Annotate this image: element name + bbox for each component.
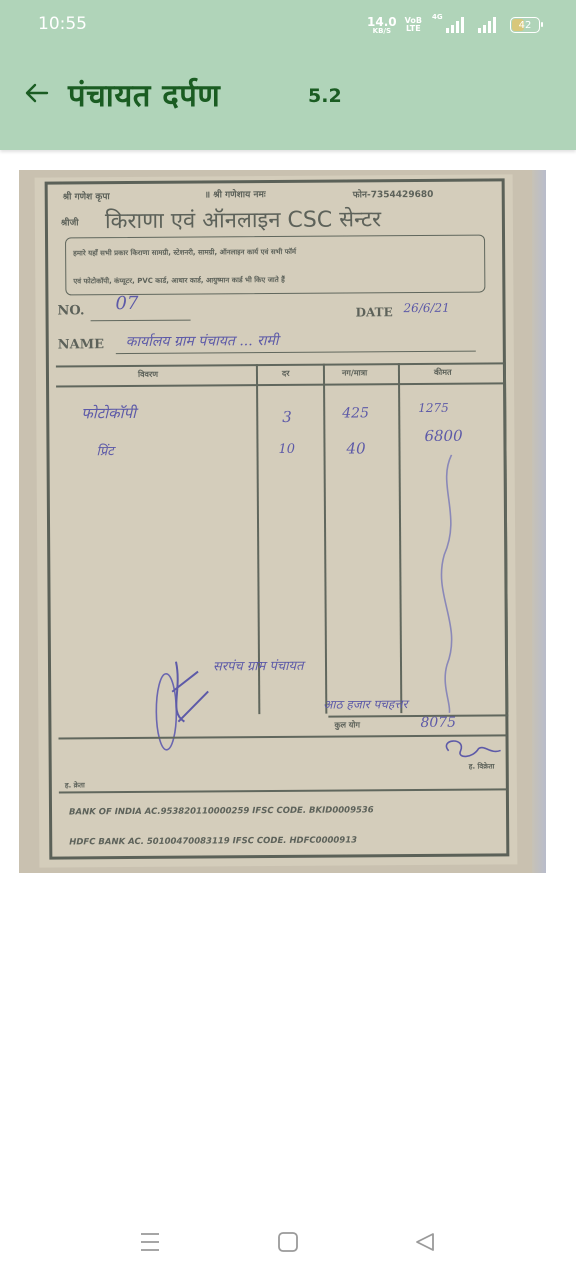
total-value: 8075 — [420, 715, 456, 731]
receipt-name-value: कार्यालय ग्राम पंचायत ... रामी — [126, 331, 279, 351]
status-icons: 14.0 KB/S VoB LTE 4G 42 — [367, 14, 540, 36]
row2-item: प्रिंट — [96, 441, 113, 459]
row1-rate: 425 — [342, 405, 369, 421]
col-header-description: विवरण — [138, 369, 158, 380]
stamp-signature — [148, 651, 219, 761]
total-label: कुल योग — [334, 719, 360, 730]
volte-bottom: LTE — [406, 25, 421, 33]
battery-icon: 42 — [510, 17, 540, 33]
seller-sign-label: ह. विक्रेता — [469, 762, 495, 771]
triangle-back-icon — [414, 1231, 436, 1253]
row1-amount: 1275 — [418, 401, 449, 415]
receipt-no-value: 07 — [115, 293, 138, 314]
row1-qty: 3 — [282, 408, 292, 426]
col-header-qty: दर — [282, 368, 290, 379]
buyer-sign-label: ह. क्रेता — [65, 781, 85, 790]
system-nav-bar — [0, 1210, 576, 1270]
signal-4g-icon: 4G — [434, 17, 464, 33]
bank-line-1: BANK OF INDIA AC.953820110000259 IFSC CO… — [69, 805, 374, 817]
home-button[interactable] — [268, 1224, 308, 1260]
app-version: 5.2 — [308, 85, 342, 107]
receipt-services-2: एवं फोटोकॉपी, कंप्यूटर, PVC कार्ड, आधार … — [73, 276, 285, 286]
app-title: पंचायत दर्पण — [68, 74, 220, 116]
network-speed-value: 14.0 — [367, 16, 397, 28]
row2-amount: 6800 — [424, 427, 462, 445]
receipt-image: श्री गणेश कृपा ॥ श्री गणेशाय नमः फोन-735… — [19, 170, 546, 873]
photo-edge — [532, 170, 546, 873]
receipt-date-label: DATE — [355, 305, 392, 319]
receipt-paper: श्री गणेश कृपा ॥ श्री गणेशाय नमः फोन-735… — [35, 174, 518, 867]
receipt-no-label: NO. — [57, 303, 84, 318]
system-back-button[interactable] — [405, 1224, 445, 1260]
row2-qty: 10 — [278, 442, 295, 457]
menu-lines-icon — [139, 1231, 161, 1253]
col-header-amount: कीमत — [434, 367, 452, 378]
network-speed: 14.0 KB/S — [367, 16, 397, 35]
receipt-services-1: हमारे यहाँ सभी प्रकार किराणा सामग्री, स्… — [73, 248, 296, 259]
bank-line-2: HDFC BANK AC. 50100470083119 IFSC CODE. … — [69, 835, 357, 847]
row1-item: फोटोकॉपी — [81, 403, 136, 423]
amount-in-words: आठ हजार पचहत्तर — [323, 695, 407, 713]
back-button[interactable] — [22, 78, 52, 108]
stamp-text: सरपंच ग्राम पंचायत — [213, 656, 304, 675]
recents-button[interactable] — [130, 1224, 170, 1260]
battery-level: 42 — [519, 20, 532, 31]
receipt-shop-name: किराणा एवं ऑनलाइन CSC सेन्टर — [105, 203, 381, 235]
arrow-left-icon — [25, 83, 49, 103]
receipt-header-left: श्री गणेश कृपा — [63, 189, 110, 202]
receipt-date-value: 26/6/21 — [403, 301, 449, 315]
signal-sim2-icon — [478, 17, 496, 33]
network-type: 4G — [432, 13, 443, 21]
receipt-name-label: NAME — [58, 337, 104, 352]
square-home-icon — [277, 1231, 299, 1253]
status-time: 10:55 — [38, 14, 87, 34]
receipt-shop-prefix: श्रीजी — [61, 215, 79, 228]
app-header: 10:55 14.0 KB/S VoB LTE 4G 42 — [0, 0, 576, 150]
amount-scribble — [432, 455, 474, 715]
volte-icon: VoB LTE — [405, 17, 422, 33]
network-speed-unit: KB/S — [373, 28, 391, 35]
col-header-rate: नग/मात्रा — [342, 367, 367, 378]
services-box — [65, 235, 485, 296]
row2-rate: 40 — [346, 439, 365, 457]
receipt-header-center: ॥ श्री गणेशाय नमः — [205, 187, 266, 200]
receipt-phone: फोन-7354429680 — [353, 187, 434, 201]
